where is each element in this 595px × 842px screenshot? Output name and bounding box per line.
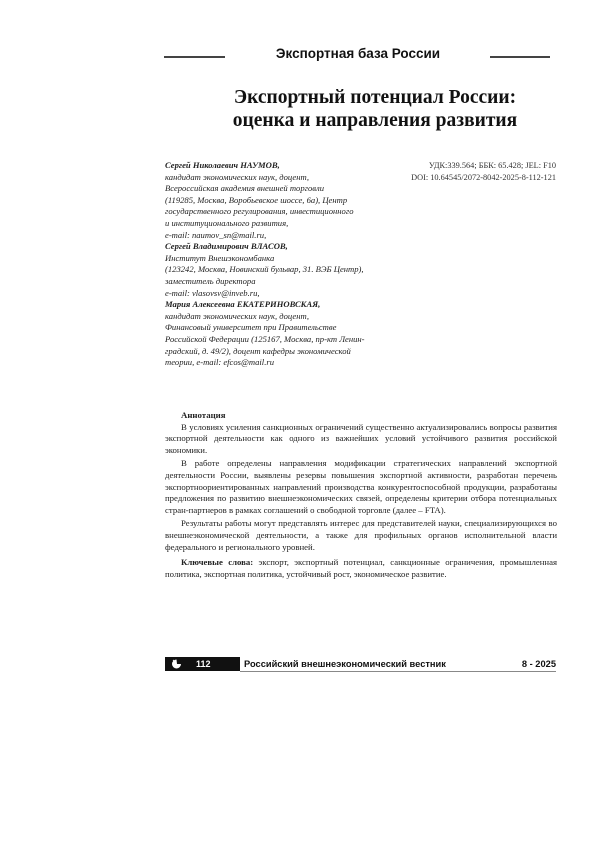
keywords: Ключевые слова: экспорт, экспортный поте… (165, 557, 557, 580)
author-naumov: Сергей Николаевич НАУМОВ, кандидат эконо… (165, 160, 395, 241)
author-affiliation-line: и институционального развития, (165, 218, 395, 230)
keywords-label: Ключевые слова: (181, 557, 253, 567)
section-title: Экспортная база России (226, 46, 490, 61)
classification-codes: УДК:339.564; ББК: 65.428; JEL: F10 DOI: … (380, 160, 556, 183)
author-ekaterinovskaya: Мария Алексеевна ЕКАТЕРИНОВСКАЯ, кандида… (165, 299, 395, 369)
author-affiliation-line: Финансовый университет при Правительстве (165, 322, 395, 334)
article-title-line2: оценка и направления развития (200, 109, 550, 132)
journal-name: Российский внешнеэкономический вестник (244, 657, 446, 671)
header-rule-left (164, 56, 225, 58)
udk-code: УДК:339.564; ББК: 65.428; JEL: F10 (380, 160, 556, 172)
author-email[interactable]: теории, e-mail: efcos@mail.ru (165, 357, 395, 369)
author-affiliation-line: градский, д. 49/2), доцент кафедры эконо… (165, 346, 395, 358)
author-email[interactable]: e-mail: naumov_sn@mail.ru, (165, 230, 395, 242)
header-rule-right (490, 56, 550, 58)
author-name: Сергей Владимирович ВЛАСОВ, (165, 241, 395, 253)
abstract-paragraph: Результаты работы могут представлять инт… (165, 518, 557, 553)
abstract: Аннотация В условиях усиления санкционны… (165, 410, 557, 582)
author-affiliation-line: Российской Федерации (125167, Москва, пр… (165, 334, 395, 346)
author-affiliation-line: заместитель директора (165, 276, 395, 288)
author-name: Мария Алексеевна ЕКАТЕРИНОВСКАЯ, (165, 299, 395, 311)
article-title-line1: Экспортный потенциал России: (200, 86, 550, 109)
author-affiliation-line: кандидат экономических наук, доцент, (165, 311, 395, 323)
author-affiliation-line: (119285, Москва, Воробьевское шоссе, 6а)… (165, 195, 395, 207)
abstract-heading: Аннотация (181, 410, 557, 422)
article-title: Экспортный потенциал России: оценка и на… (200, 86, 550, 132)
footer-rule (240, 671, 556, 672)
doi: DOI: 10.64545/2072-8042-2025-8-112-121 (380, 172, 556, 184)
author-affiliation-line: кандидат экономических наук, доцент, (165, 172, 395, 184)
abstract-paragraph: В работе определены направления модифика… (165, 458, 557, 516)
authors-list: Сергей Николаевич НАУМОВ, кандидат эконо… (165, 160, 395, 369)
author-email[interactable]: e-mail: vlasovsv@inveb.ru, (165, 288, 395, 300)
author-name: Сергей Николаевич НАУМОВ, (165, 160, 395, 172)
author-vlasov: Сергей Владимирович ВЛАСОВ, Институт Вне… (165, 241, 395, 299)
journal-logo-icon (171, 659, 182, 669)
author-affiliation-line: (123242, Москва, Новинский бульвар, 31. … (165, 264, 395, 276)
page-number: 112 (196, 657, 226, 671)
author-affiliation-line: Институт Внешэкономбанка (165, 253, 395, 265)
abstract-paragraph: В условиях усиления санкционных ограниче… (165, 422, 557, 457)
author-affiliation-line: государственного регулирования, инвестиц… (165, 206, 395, 218)
issue-number: 8 - 2025 (500, 657, 556, 671)
author-affiliation-line: Всероссийская академия внешней торговли (165, 183, 395, 195)
